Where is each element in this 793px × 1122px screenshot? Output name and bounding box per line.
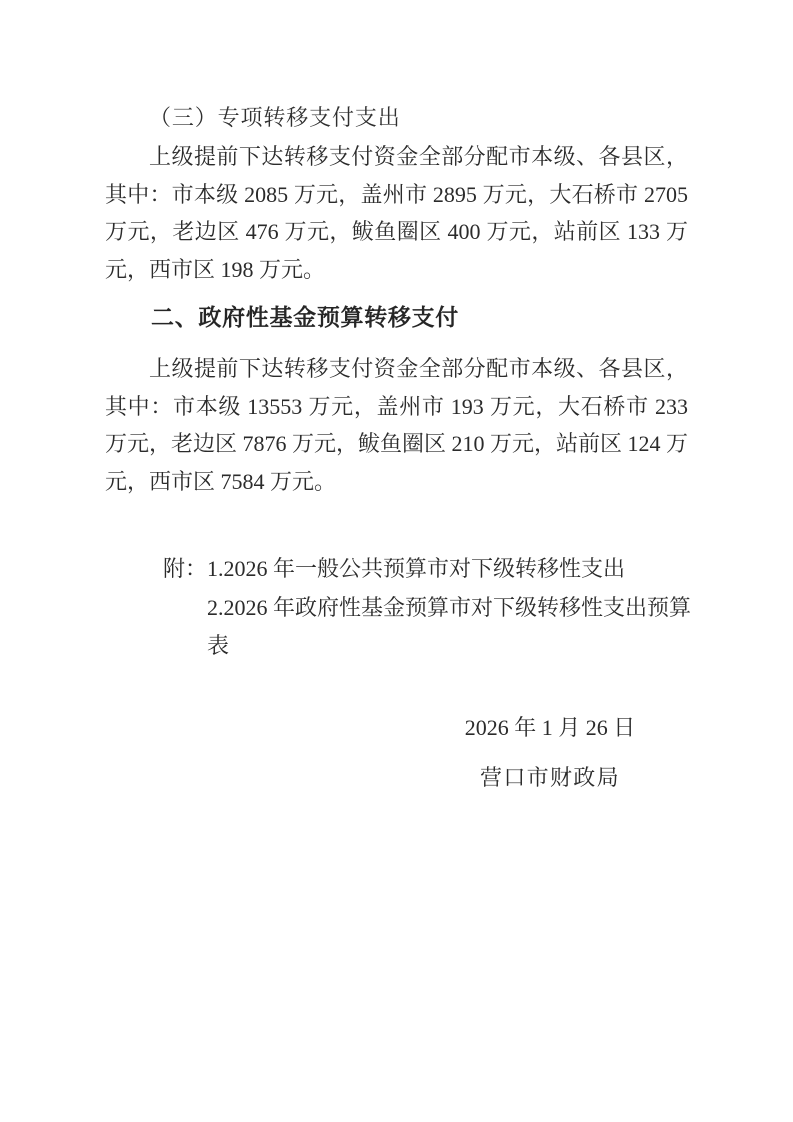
- section-2-heading: 二、政府性基金预算转移支付: [105, 302, 688, 332]
- attachments-block: 附： 1.2026 年一般公共预算市对下级转移性支出 2.2026 年政府性基金…: [105, 550, 702, 666]
- closing-block: 2026 年 1 月 26 日 营口市财政局: [435, 716, 665, 790]
- attachment-item: 2.2026 年政府性基金预算市对下级转移性支出预算表: [207, 589, 702, 666]
- attachments-label: 附：: [163, 550, 207, 666]
- section-2-paragraph: 上级提前下达转移支付资金全部分配市本级、各县区，其中：市本级 13553 万元，…: [105, 350, 688, 500]
- section-3-paragraph: 上级提前下达转移支付资金全部分配市本级、各县区，其中：市本级 2085 万元，盖…: [105, 138, 688, 288]
- document-page: （三）专项转移支付支出 上级提前下达转移支付资金全部分配市本级、各县区，其中：市…: [0, 0, 793, 1122]
- attachments-list: 1.2026 年一般公共预算市对下级转移性支出 2.2026 年政府性基金预算市…: [207, 550, 702, 666]
- closing-date: 2026 年 1 月 26 日: [435, 716, 665, 740]
- closing-signer: 营口市财政局: [435, 766, 665, 790]
- section-3-heading: （三）专项转移支付支出: [105, 104, 688, 132]
- attachment-item: 1.2026 年一般公共预算市对下级转移性支出: [207, 550, 702, 589]
